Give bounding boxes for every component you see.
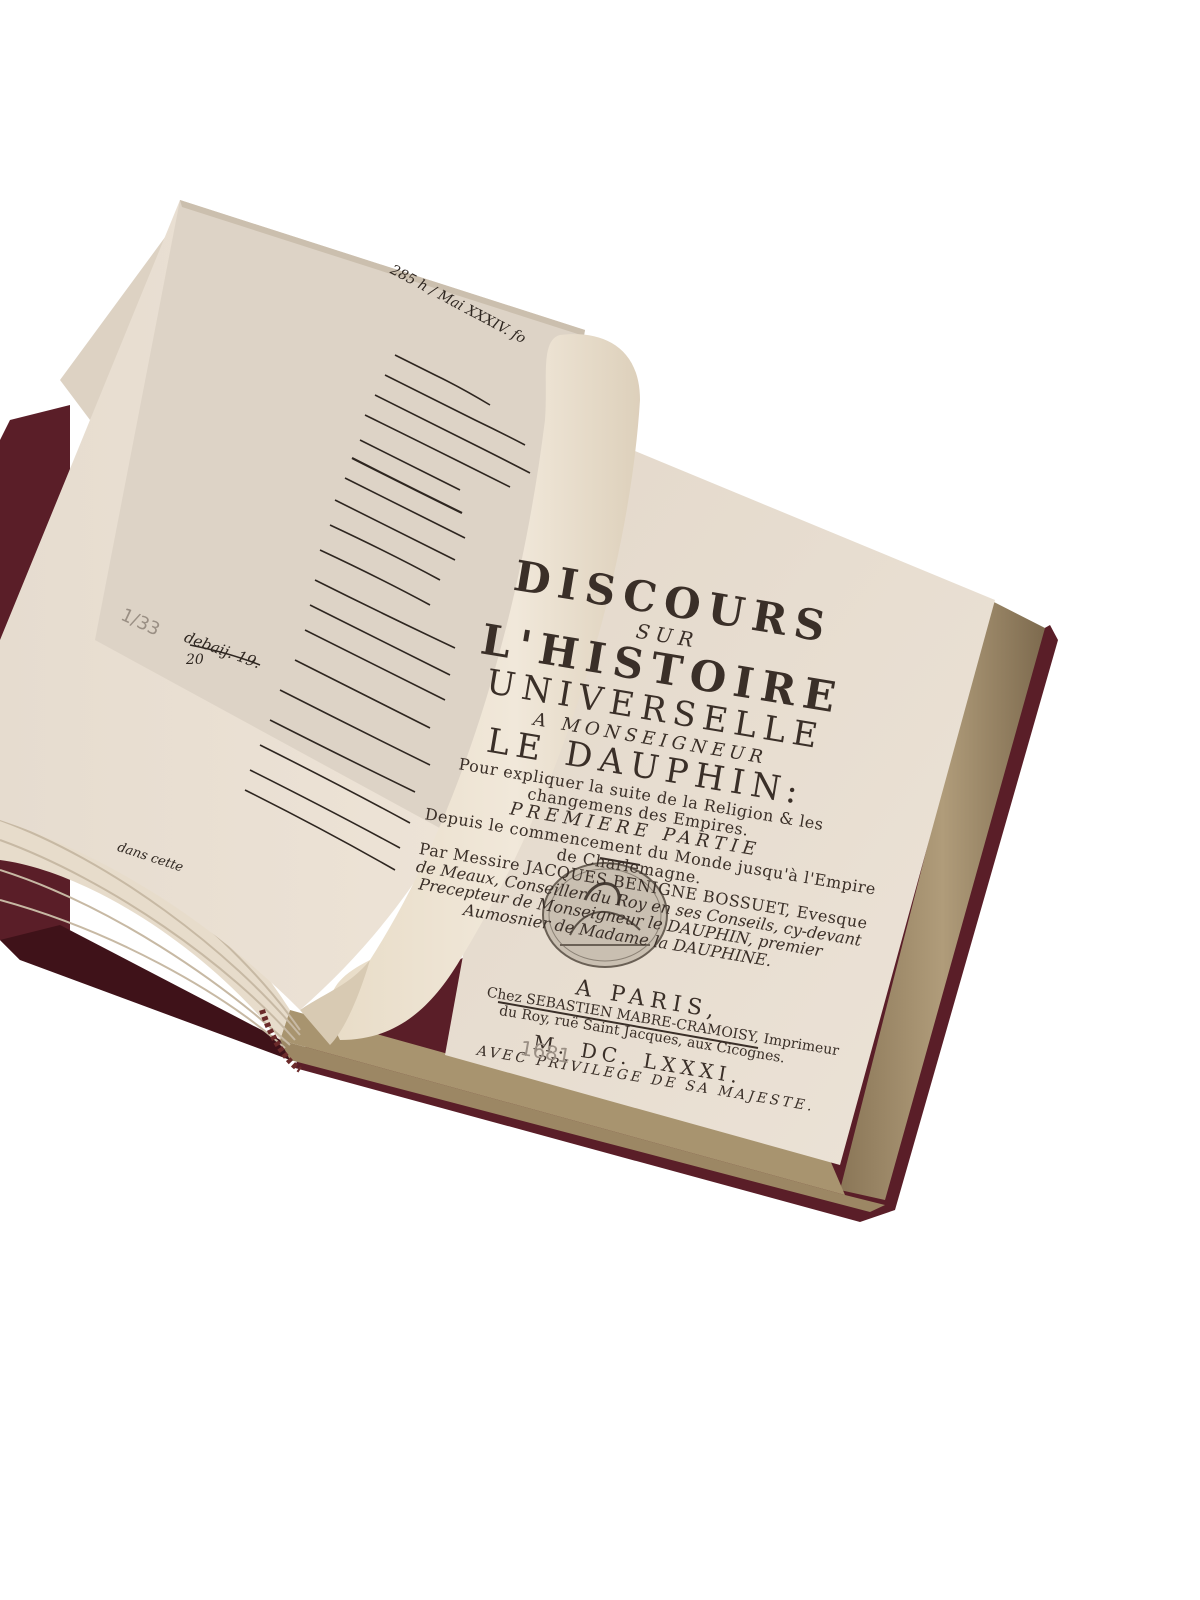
book-photo: DISCOURS SUR L'HISTOIRE UNIVERSELLE A MO… — [0, 0, 1200, 1600]
vignette-storks — [543, 863, 667, 967]
book-illustration — [0, 0, 1200, 1600]
